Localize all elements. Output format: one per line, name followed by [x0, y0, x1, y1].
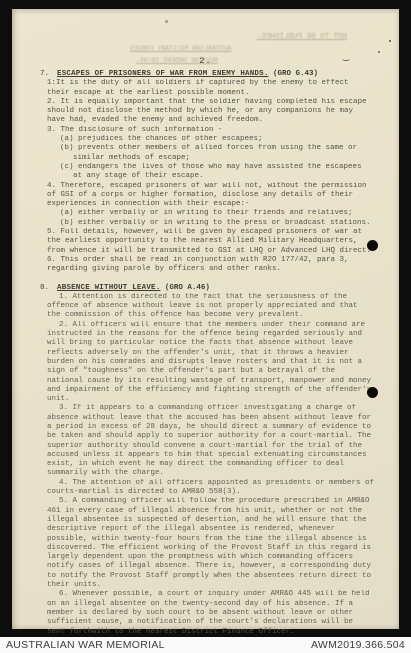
hole-punch — [367, 387, 378, 398]
order-section: 8.ABSENCE WITHOUT LEAVE. (GRO A.46)1. At… — [40, 284, 375, 637]
document-body: 7.ESCAPES OF PRISONERS OF WAR FROM ENEMY… — [40, 70, 375, 637]
archive-footer: AUSTRALIAN WAR MEMORIAL AWM2019.366.504 — [0, 637, 411, 653]
section-heading: 7.ESCAPES OF PRISONERS OF WAR FROM ENEMY… — [40, 70, 375, 79]
page-number: 2. — [12, 56, 399, 66]
paragraph: 6. Whenever possible, a court of inquiry… — [47, 590, 375, 636]
bleedthrough-header-line1: AUSTRALIAN MILITARY FORCES — [130, 45, 231, 52]
paper-speck — [165, 20, 168, 23]
paper-speck — [378, 51, 380, 53]
paragraph: 3. The disclosure of such information - — [47, 126, 375, 135]
paragraph: 1:It is the duty of all soldiers if capt… — [47, 79, 375, 98]
document-page: NOT TO BE PUBLISHED. AUSTRALIAN MILITARY… — [12, 9, 399, 629]
paper-speck — [389, 40, 391, 42]
order-section: 7.ESCAPES OF PRISONERS OF WAR FROM ENEMY… — [40, 70, 375, 275]
paragraph: 2. All officers will ensure that the mem… — [47, 321, 375, 405]
paragraph: 1. Attention is directed to the fact tha… — [47, 293, 375, 321]
paragraph: (c) endangers the lives of those who may… — [60, 163, 375, 182]
archive-id: AWM2019.366.504 — [311, 639, 405, 651]
section-reference: (GRO G.43) — [269, 70, 319, 78]
section-number: 7. — [40, 70, 57, 79]
paragraph: (b) prevents other members of allied for… — [60, 144, 375, 163]
paragraph: 5. Full details, however, will be given … — [47, 228, 375, 256]
paragraph: 5. A commanding officer will follow the … — [47, 497, 375, 590]
section-title: ABSENCE WITHOUT LEAVE. — [57, 284, 160, 292]
paragraph: (a) prejudices the chances of other esca… — [60, 135, 375, 144]
section-heading: 8.ABSENCE WITHOUT LEAVE. (GRO A.46) — [40, 284, 375, 293]
paragraph: 4. The attention of all officers appoint… — [47, 479, 375, 498]
section-reference: (GRO A.46) — [160, 284, 210, 292]
paragraph: (a) either verbally or in writing to the… — [60, 209, 375, 218]
paragraph: 2. It is equally important that the sold… — [47, 98, 375, 126]
scan-frame: NOT TO BE PUBLISHED. AUSTRALIAN MILITARY… — [0, 0, 411, 653]
paragraph: (b) either verbally or in writing to the… — [60, 219, 375, 228]
section-number: 8. — [40, 284, 57, 293]
paragraph: 4. Therefore, escaped prisoners of war w… — [47, 182, 375, 210]
paragraph: 3. If it appears to a commanding officer… — [47, 404, 375, 478]
archive-name: AUSTRALIAN WAR MEMORIAL — [6, 639, 165, 651]
hole-punch — [367, 240, 378, 251]
bleedthrough-stamp-text: NOT TO BE PUBLISHED. — [257, 33, 347, 41]
section-title: ESCAPES OF PRISONERS OF WAR FROM ENEMY H… — [57, 70, 269, 78]
paragraph: 6. This order shall be read in conjuncti… — [47, 256, 375, 275]
